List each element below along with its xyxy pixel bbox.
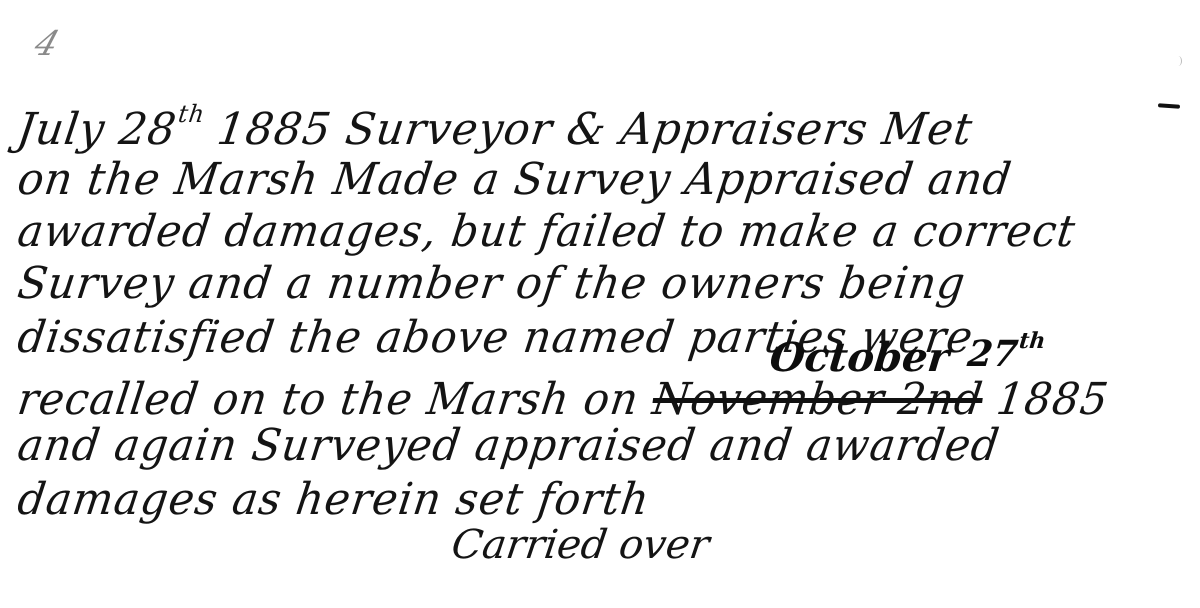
page-number: 4 bbox=[30, 24, 63, 64]
date-ordinal: th bbox=[177, 100, 207, 128]
text-line-7: and again Surveyed appraised and awarded bbox=[15, 424, 1002, 468]
line-6-year: 1885 bbox=[979, 374, 1112, 425]
margin-mark bbox=[1175, 56, 1182, 66]
line-6-start: recalled on to the Marsh on bbox=[15, 374, 657, 425]
text-line-8: damages as herein set forth bbox=[15, 478, 652, 522]
inserted-day: 27th bbox=[966, 328, 1047, 375]
text-line-3: awarded damages, but failed to make a co… bbox=[15, 210, 1078, 254]
inserted-day-number: 27 bbox=[966, 333, 1021, 375]
struck-out-date: November 2nd bbox=[650, 374, 986, 425]
line-end-dash bbox=[1158, 103, 1180, 109]
text-line-1: July 28th 1885 Surveyor & Appraisers Met bbox=[15, 102, 977, 152]
text-line-6: recalled on to the Marsh on November 2nd… bbox=[15, 378, 1111, 422]
date-text: July 28 bbox=[14, 104, 180, 155]
carried-over-note: Carried over bbox=[449, 522, 712, 568]
text-line-2: on the Marsh Made a Survey Appraised and bbox=[15, 158, 1014, 202]
line-1-rest: 1885 Surveyor & Appraisers Met bbox=[199, 104, 976, 155]
document-page: 4 July 28th 1885 Surveyor & Appraisers M… bbox=[0, 0, 1200, 608]
inserted-day-ordinal: th bbox=[1018, 328, 1047, 354]
text-line-4: Survey and a number of the owners being bbox=[15, 262, 968, 306]
